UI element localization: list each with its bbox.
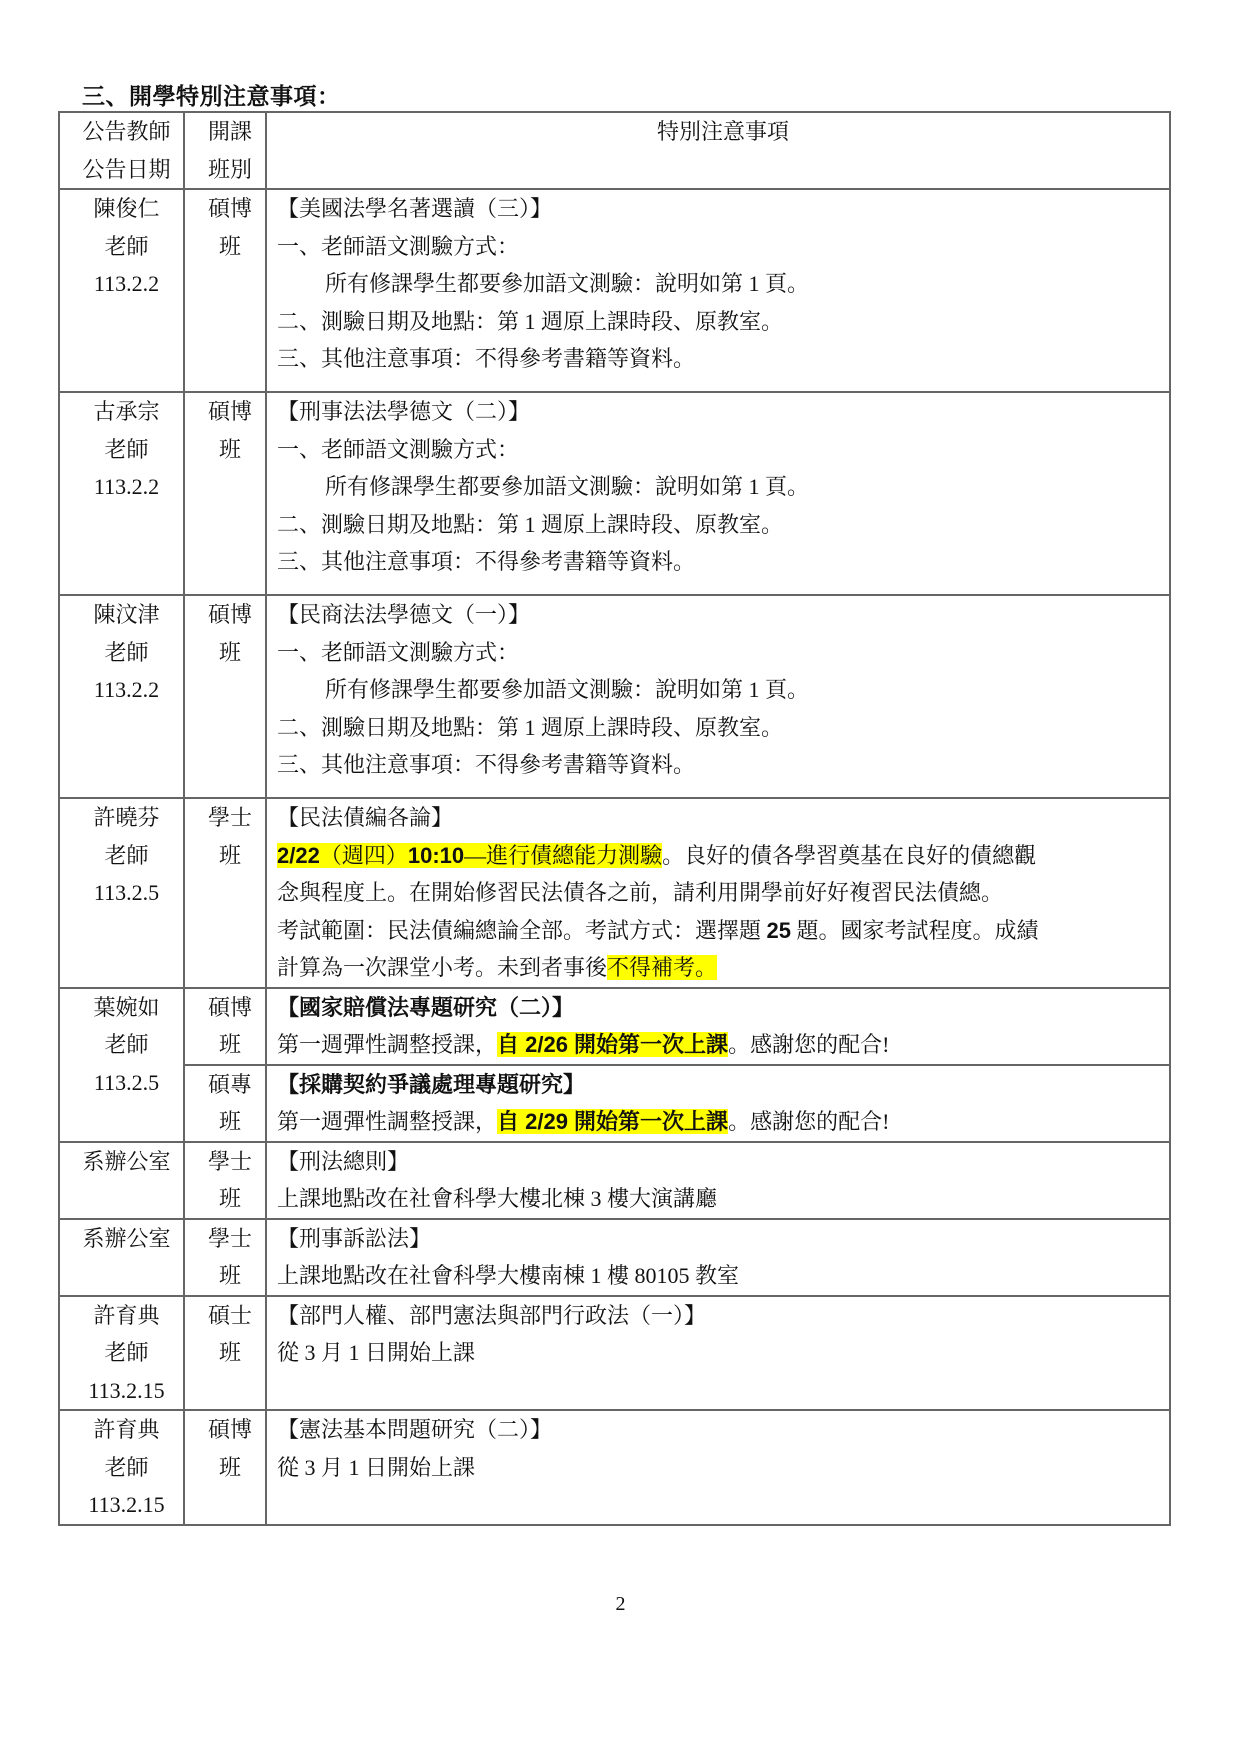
course-title: 【民法債編各論】 bbox=[277, 799, 1169, 837]
class-cell: 學士 班 bbox=[184, 798, 266, 988]
teacher-cell: 古承宗 老師 113.2.2 bbox=[59, 392, 184, 595]
table-header-row: 公告教師 公告日期 開課 班別 特別注意事項 bbox=[59, 112, 1170, 189]
teacher-cell: 許育典 老師 113.2.15 bbox=[59, 1296, 184, 1411]
course-title: 【刑事法法學德文（二）】 bbox=[277, 393, 1169, 431]
table-row: 陳汶津 老師 113.2.2 碩博 班 【民商法法學德文（一）】 一、老師語文測… bbox=[59, 595, 1170, 798]
teacher-cell: 系辦公室 bbox=[59, 1219, 184, 1296]
exam-notice-line: 2/22（週四）10:10—進行債總能力測驗。良好的債各學習奠基在良好的債總觀 bbox=[277, 837, 1169, 875]
notes-cell: 【刑事法法學德文（二）】 一、老師語文測驗方式： 所有修課學生都要參加語文測驗：… bbox=[266, 392, 1170, 595]
highlight-exam-action: —進行債總能力測驗 bbox=[464, 843, 662, 868]
notes-cell: 【國家賠償法專題研究（二）】 第一週彈性調整授課，自 2/26 開始第一次上課。… bbox=[266, 988, 1170, 1065]
highlight-no-makeup: 不得補考。 bbox=[607, 955, 717, 980]
highlight-start-date: 自 2/29 開始第一次上課 bbox=[497, 1109, 728, 1134]
course-title: 【刑法總則】 bbox=[277, 1143, 1169, 1181]
teacher-cell: 葉婉如 老師 113.2.5 bbox=[59, 988, 184, 1142]
course-title: 【刑事訴訟法】 bbox=[277, 1220, 1169, 1258]
class-cell: 碩博 班 bbox=[184, 392, 266, 595]
highlight-start-date: 自 2/26 開始第一次上課 bbox=[497, 1032, 728, 1057]
notes-cell: 【美國法學名著選讀（三）】 一、老師語文測驗方式： 所有修課學生都要參加語文測驗… bbox=[266, 189, 1170, 392]
notes-cell: 【民法債編各論】 2/22（週四）10:10—進行債總能力測驗。良好的債各學習奠… bbox=[266, 798, 1170, 988]
teacher-cell: 陳俊仁 老師 113.2.2 bbox=[59, 189, 184, 392]
class-cell: 碩博 班 bbox=[184, 595, 266, 798]
class-cell: 學士 班 bbox=[184, 1219, 266, 1296]
notes-cell: 【憲法基本問題研究（二）】 從 3 月 1 日開始上課 bbox=[266, 1410, 1170, 1525]
notes-cell: 【部門人權、部門憲法與部門行政法（一）】 從 3 月 1 日開始上課 bbox=[266, 1296, 1170, 1411]
table-row: 許育典 老師 113.2.15 碩博 班 【憲法基本問題研究（二）】 從 3 月… bbox=[59, 1410, 1170, 1525]
class-cell: 學士 班 bbox=[184, 1142, 266, 1219]
teacher-cell: 系辦公室 bbox=[59, 1142, 184, 1219]
class-cell: 碩博 班 bbox=[184, 988, 266, 1065]
course-title: 【民商法法學德文（一）】 bbox=[277, 596, 1169, 634]
table-row: 葉婉如 老師 113.2.5 碩博 班 【國家賠償法專題研究（二）】 第一週彈性… bbox=[59, 988, 1170, 1065]
teacher-cell: 陳汶津 老師 113.2.2 bbox=[59, 595, 184, 798]
section-heading: 三、開學特別注意事項： bbox=[82, 78, 341, 111]
class-cell: 碩博 班 bbox=[184, 189, 266, 392]
highlight-exam-weekday: （週四） bbox=[320, 843, 408, 868]
highlight-exam-date: 2/22 bbox=[277, 843, 320, 868]
class-cell: 碩士 班 bbox=[184, 1296, 266, 1411]
course-title: 【採購契約爭議處理專題研究】 bbox=[277, 1066, 1169, 1104]
table-row: 陳俊仁 老師 113.2.2 碩博 班 【美國法學名著選讀（三）】 一、老師語文… bbox=[59, 189, 1170, 392]
notes-cell: 【刑事訴訟法】 上課地點改在社會科學大樓南棟 1 樓 80105 教室 bbox=[266, 1219, 1170, 1296]
page-number: 2 bbox=[0, 1593, 1241, 1616]
table-row: 系辦公室 學士 班 【刑法總則】 上課地點改在社會科學大樓北棟 3 樓大演講廳 bbox=[59, 1142, 1170, 1219]
course-title: 【部門人權、部門憲法與部門行政法（一）】 bbox=[277, 1297, 1169, 1335]
notes-cell: 【採購契約爭議處理專題研究】 第一週彈性調整授課，自 2/29 開始第一次上課。… bbox=[266, 1065, 1170, 1142]
class-cell: 碩博 班 bbox=[184, 1410, 266, 1525]
table-row: 古承宗 老師 113.2.2 碩博 班 【刑事法法學德文（二）】 一、老師語文測… bbox=[59, 392, 1170, 595]
header-class: 開課 班別 bbox=[184, 112, 266, 189]
class-cell: 碩專 班 bbox=[184, 1065, 266, 1142]
notice-table: 公告教師 公告日期 開課 班別 特別注意事項 陳俊仁 老師 113.2.2 碩博… bbox=[58, 111, 1171, 1526]
table-row: 碩專 班 【採購契約爭議處理專題研究】 第一週彈性調整授課，自 2/29 開始第… bbox=[59, 1065, 1170, 1142]
header-teacher-date: 公告教師 公告日期 bbox=[59, 112, 184, 189]
table-row: 系辦公室 學士 班 【刑事訴訟法】 上課地點改在社會科學大樓南棟 1 樓 801… bbox=[59, 1219, 1170, 1296]
course-title: 【憲法基本問題研究（二）】 bbox=[277, 1411, 1169, 1449]
table-row: 許曉芬 老師 113.2.5 學士 班 【民法債編各論】 2/22（週四）10:… bbox=[59, 798, 1170, 988]
header-notes: 特別注意事項 bbox=[266, 112, 1170, 189]
question-count: 25 bbox=[767, 918, 791, 943]
notes-cell: 【刑法總則】 上課地點改在社會科學大樓北棟 3 樓大演講廳 bbox=[266, 1142, 1170, 1219]
highlight-exam-time: 10:10 bbox=[408, 843, 464, 868]
teacher-cell: 許育典 老師 113.2.15 bbox=[59, 1410, 184, 1525]
teacher-cell: 許曉芬 老師 113.2.5 bbox=[59, 798, 184, 988]
course-title: 【美國法學名著選讀（三）】 bbox=[277, 190, 1169, 228]
course-title: 【國家賠償法專題研究（二）】 bbox=[277, 989, 1169, 1027]
table-row: 許育典 老師 113.2.15 碩士 班 【部門人權、部門憲法與部門行政法（一）… bbox=[59, 1296, 1170, 1411]
notes-cell: 【民商法法學德文（一）】 一、老師語文測驗方式： 所有修課學生都要參加語文測驗：… bbox=[266, 595, 1170, 798]
